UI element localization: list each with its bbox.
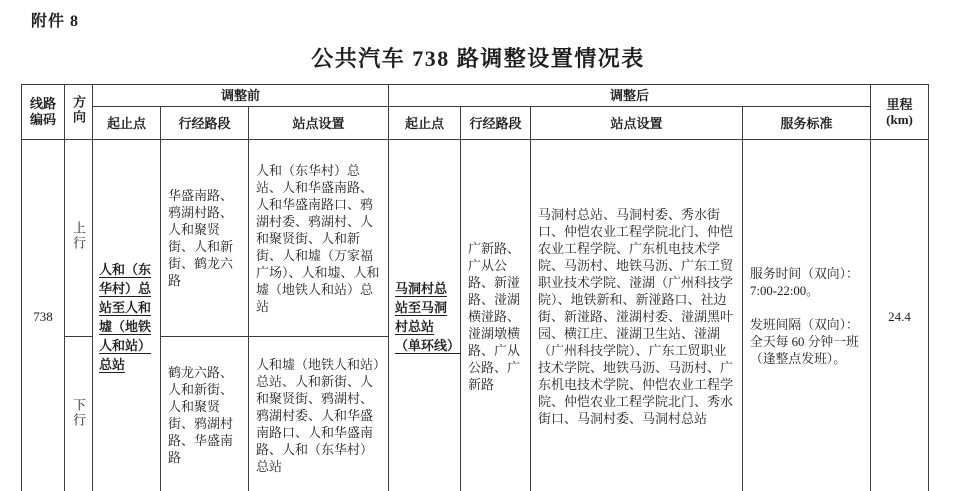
- attachment-label: 附件 8: [31, 8, 79, 31]
- before-down-stations-cell: 人和墟（地铁人和站）总站、人和新街、人和聚贤街、鸦湖村、鸦湖村委、人和华盛南路口…: [249, 337, 389, 491]
- col-header-mileage: 里程 (km): [871, 85, 929, 140]
- col-header-direction: 方向: [65, 85, 93, 140]
- table-row-up-direction: 738 上行 人和（东华村）总站至人和墟（地铁人和站）总站 华盛南路、鸦湖村路、…: [22, 140, 929, 337]
- service-standard-cell: 服务时间（双向）：7:00-22:00。 发班间隔（双向）：全天每 60 分钟一…: [743, 140, 871, 491]
- page-title: 公共汽车 738 路调整设置情况表: [0, 42, 956, 73]
- before-up-route-cell: 华盛南路、鸦湖村路、人和聚贤街、人和新街、鹤龙六路: [161, 140, 249, 337]
- direction-down-cell: 下行: [65, 337, 93, 491]
- col-header-before-stations: 站点设置: [249, 107, 389, 140]
- col-header-line-code: 线路编码: [22, 85, 65, 140]
- mileage-label: 里程: [875, 97, 924, 112]
- col-header-after-route: 行经路段: [461, 107, 531, 140]
- header-group-row: 线路编码 方向 调整前 调整后 里程 (km): [22, 85, 929, 107]
- col-header-after: 调整后: [389, 85, 871, 107]
- route-adjustment-table: 线路编码 方向 调整前 调整后 里程 (km) 起止点 行经路段 站点设置 起止…: [21, 84, 929, 491]
- col-header-before-start-end: 起止点: [93, 107, 161, 140]
- col-header-before-route: 行经路段: [161, 107, 249, 140]
- after-route-cell: 广新路、广从公路、新湴路、湴湖横湴路、湴湖墩横路、广从公路、广新路: [461, 140, 531, 491]
- document-page: 附件 8 公共汽车 738 路调整设置情况表 线路编码 方向 调整前 调整后 里…: [0, 0, 956, 491]
- line-code-cell: 738: [22, 140, 65, 491]
- col-header-after-start-end: 起止点: [389, 107, 461, 140]
- service-hours: 服务时间（双向）：7:00-22:00。: [750, 266, 866, 300]
- after-start-end-cell: 马洞村总站至马洞村总站（单环线）: [389, 140, 461, 491]
- mileage-cell: 24.4: [871, 140, 929, 491]
- col-header-service-standard: 服务标准: [743, 107, 871, 140]
- after-stations-cell: 马洞村总站、马洞村委、秀水街口、仲恺农业工程学院北门、仲恺农业工程学院、广东机电…: [531, 140, 743, 491]
- mileage-unit: (km): [875, 112, 924, 127]
- before-down-route-cell: 鹤龙六路、人和新街、人和聚贤街、鸦湖村路、华盛南路: [161, 337, 249, 491]
- direction-up-cell: 上行: [65, 140, 93, 337]
- col-header-after-stations: 站点设置: [531, 107, 743, 140]
- col-header-before: 调整前: [93, 85, 389, 107]
- before-start-end-cell: 人和（东华村）总站至人和墟（地铁人和站）总站: [93, 140, 161, 491]
- header-subcolumns-row: 起止点 行经路段 站点设置 起止点 行经路段 站点设置 服务标准: [22, 107, 929, 140]
- service-interval: 发班间隔（双向）：全天每 60 分钟一班（逢整点发班）。: [750, 317, 866, 368]
- before-up-stations-cell: 人和（东华村）总站、人和华盛南路、人和华盛南路口、鸦湖村委、鸦湖村、人和聚贤街、…: [249, 140, 389, 337]
